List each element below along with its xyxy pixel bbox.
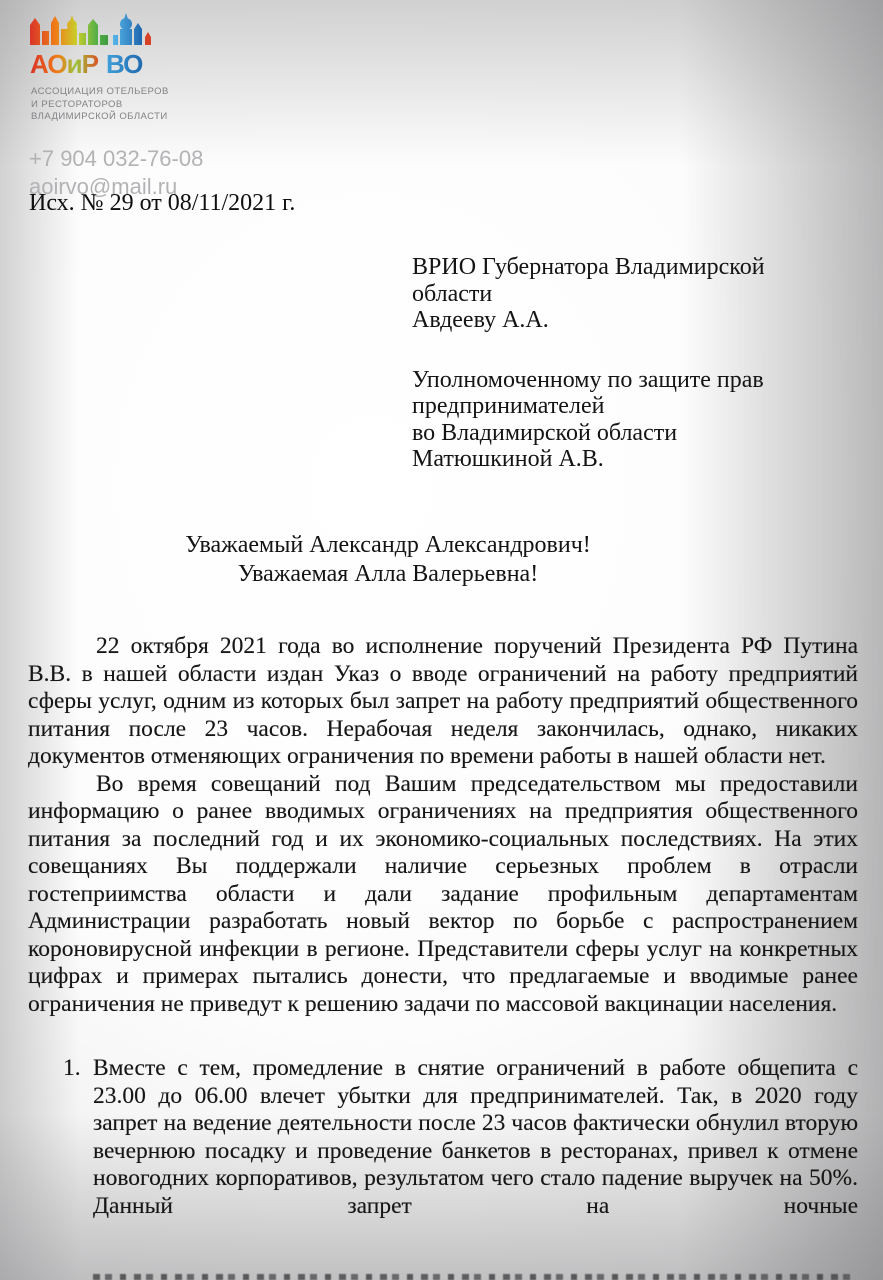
salutation: Уважаемый Александр Александрович! Уважа… xyxy=(30,531,746,588)
phone-number: +7 904 032-76-08 xyxy=(29,145,203,173)
logo-text-secondary: ВО xyxy=(106,49,143,79)
clipped-text-line xyxy=(93,1274,855,1280)
association-logo: АОиР ВО xyxy=(30,13,155,79)
letter-page: АОиР ВО АССОЦИАЦИЯ ОТЕЛЬЕРОВ И РЕСТОРАТО… xyxy=(0,0,883,1280)
org-name-line: АССОЦИАЦИЯ ОТЕЛЬЕРОВ xyxy=(31,86,169,99)
logo-text-primary: АОиР xyxy=(30,49,99,79)
recipient-governor: ВРИО Губернатора Владимирской области Ав… xyxy=(412,254,862,334)
recipient-line: Авдееву А.А. xyxy=(412,307,862,334)
salutation-line: Уважаемый Александр Александрович! xyxy=(30,531,746,560)
salutation-line: Уважаемая Алла Валерьевна! xyxy=(30,560,746,589)
letter-body: 22 октября 2021 года во исполнение поруч… xyxy=(28,633,858,1220)
logo-skyline-right-icon xyxy=(113,13,142,45)
org-name-line: И РЕСТОРАТОРОВ xyxy=(31,99,169,112)
recipient-line: области xyxy=(412,281,862,308)
numbered-item-marker: 1. xyxy=(63,1055,93,1220)
org-name-line: ВЛАДИМИРСКОЙ ОБЛАСТИ xyxy=(31,111,169,124)
body-paragraph: 22 октября 2021 года во исполнение поруч… xyxy=(28,633,858,771)
recipient-line: во Владимирской области xyxy=(412,420,862,447)
numbered-item: 1. Вместе с тем, промедление в снятие ог… xyxy=(28,1055,858,1220)
org-name: АССОЦИАЦИЯ ОТЕЛЬЕРОВ И РЕСТОРАТОРОВ ВЛАД… xyxy=(31,86,169,124)
recipient-line: Матюшкиной А.В. xyxy=(412,446,862,473)
recipient-line: Уполномоченному по защите прав xyxy=(412,367,862,394)
recipients-block: ВРИО Губернатора Владимирской области Ав… xyxy=(412,254,862,473)
outgoing-reference: Исх. № 29 от 08/11/2021 г. xyxy=(29,190,295,217)
recipient-line: ВРИО Губернатора Владимирской xyxy=(412,254,862,281)
logo-chapel-icon xyxy=(145,32,151,45)
body-paragraph: Во время совещаний под Вашим председател… xyxy=(28,771,858,1019)
logo-skyline-left-icon xyxy=(30,15,108,45)
numbered-item-text: Вместе с тем, промедление в снятие огран… xyxy=(93,1055,858,1220)
recipient-ombudsman: Уполномоченному по защите прав предприни… xyxy=(412,367,862,473)
recipient-line: предпринимателей xyxy=(412,393,862,420)
